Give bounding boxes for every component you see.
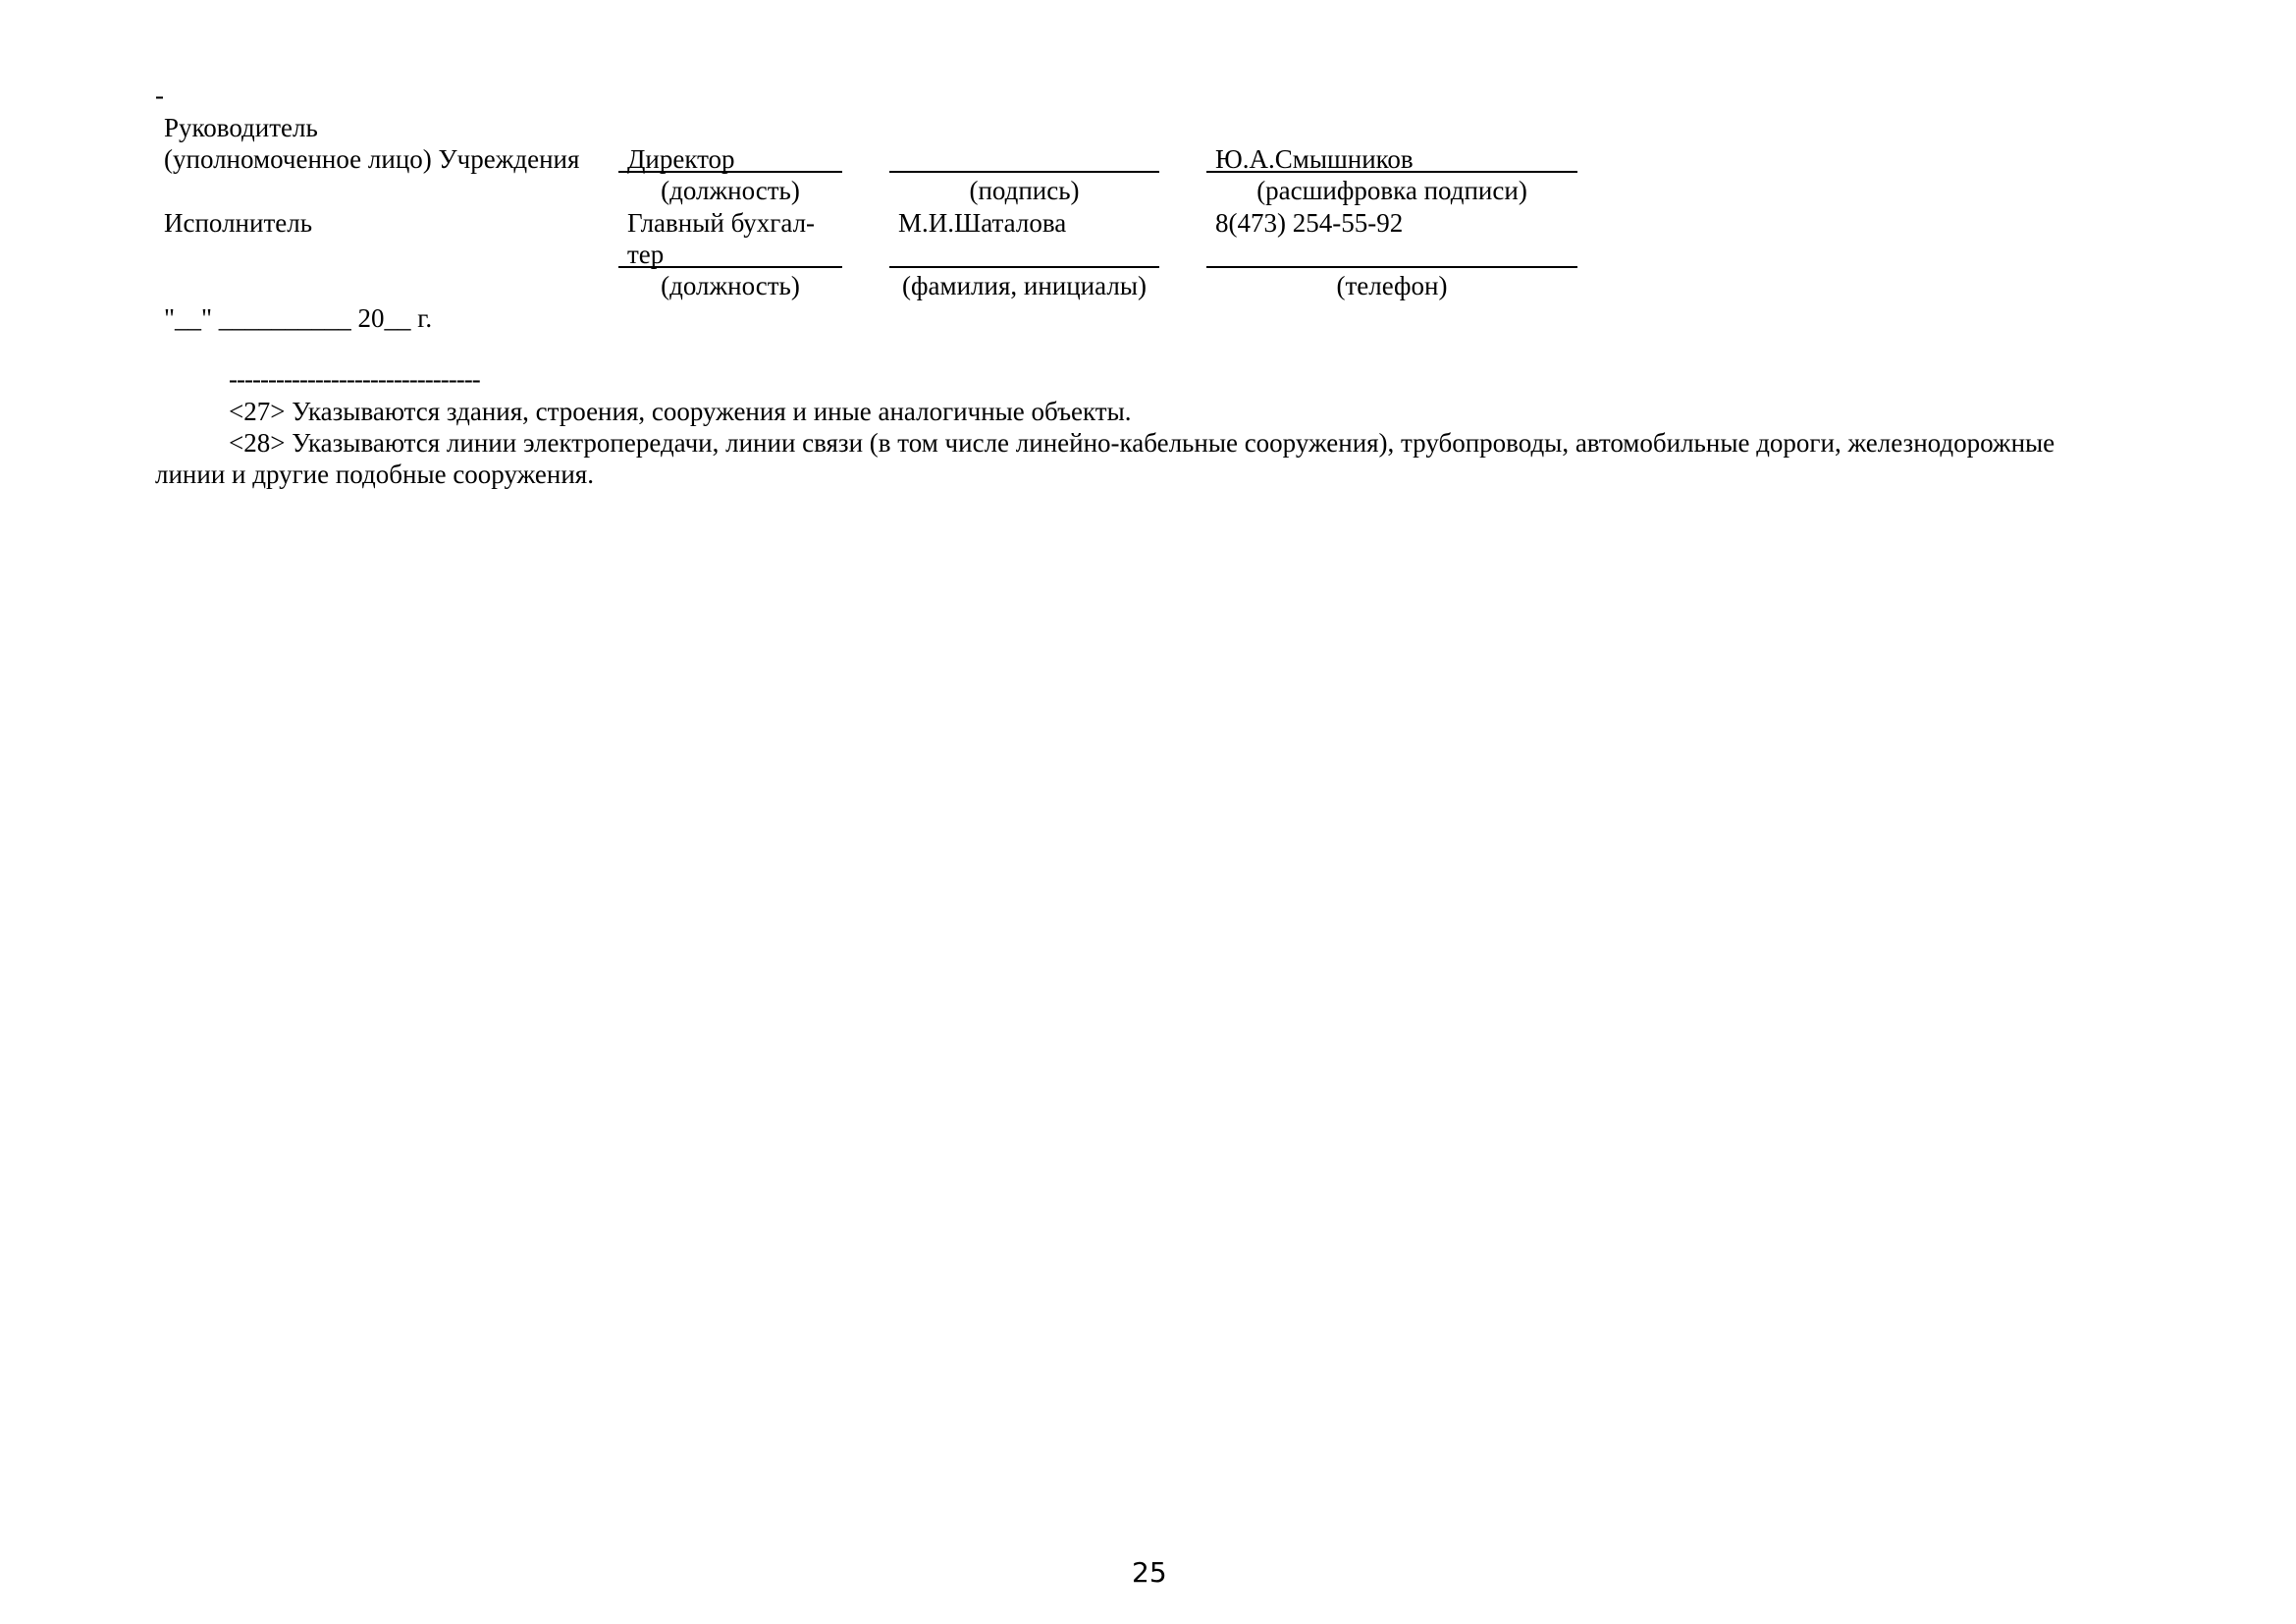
date-line: "__" __________ 20__ г. (164, 305, 432, 332)
footnote-separator: -------------------------------- (229, 366, 480, 393)
head-position-caption: (должность) (618, 178, 842, 204)
page-number: 25 (1132, 1559, 1167, 1587)
head-name-caption: (расшифровка подписи) (1206, 178, 1577, 204)
footnote-28: <28> Указываются линии электропередачи, … (229, 430, 2055, 457)
executor-phone-underline (1206, 266, 1577, 268)
executor-position-line1: Главный бухгал- (627, 210, 815, 237)
executor-name-underline (889, 266, 1159, 268)
executor-phone-caption: (телефон) (1206, 273, 1577, 299)
executor-label: Исполнитель (164, 210, 312, 237)
executor-position-caption: (должность) (618, 273, 842, 299)
head-signature-caption: (подпись) (889, 178, 1159, 204)
head-name-value: Ю.А.Смышников (1215, 146, 1414, 173)
head-label-line1: Руководитель (164, 115, 318, 141)
executor-position-line2: тер (627, 242, 664, 268)
footnote-27: <27> Указываются здания, строения, соору… (229, 399, 1132, 425)
executor-name-caption: (фамилия, инициалы) (889, 273, 1159, 299)
leading-mark: - (155, 82, 164, 109)
head-position-underline (618, 171, 842, 173)
head-signature-field (889, 171, 1159, 173)
head-name-underline (1206, 171, 1577, 173)
footnote-28-continuation: линии и другие подобные сооружения. (155, 461, 594, 488)
executor-name-value: М.И.Шаталова (898, 210, 1066, 237)
executor-position-underline (618, 266, 842, 268)
head-label-line2: (уполномоченное лицо) Учреждения (164, 146, 579, 173)
executor-phone-value: 8(473) 254-55-92 (1215, 210, 1403, 237)
head-position-value: Директор (627, 146, 735, 173)
